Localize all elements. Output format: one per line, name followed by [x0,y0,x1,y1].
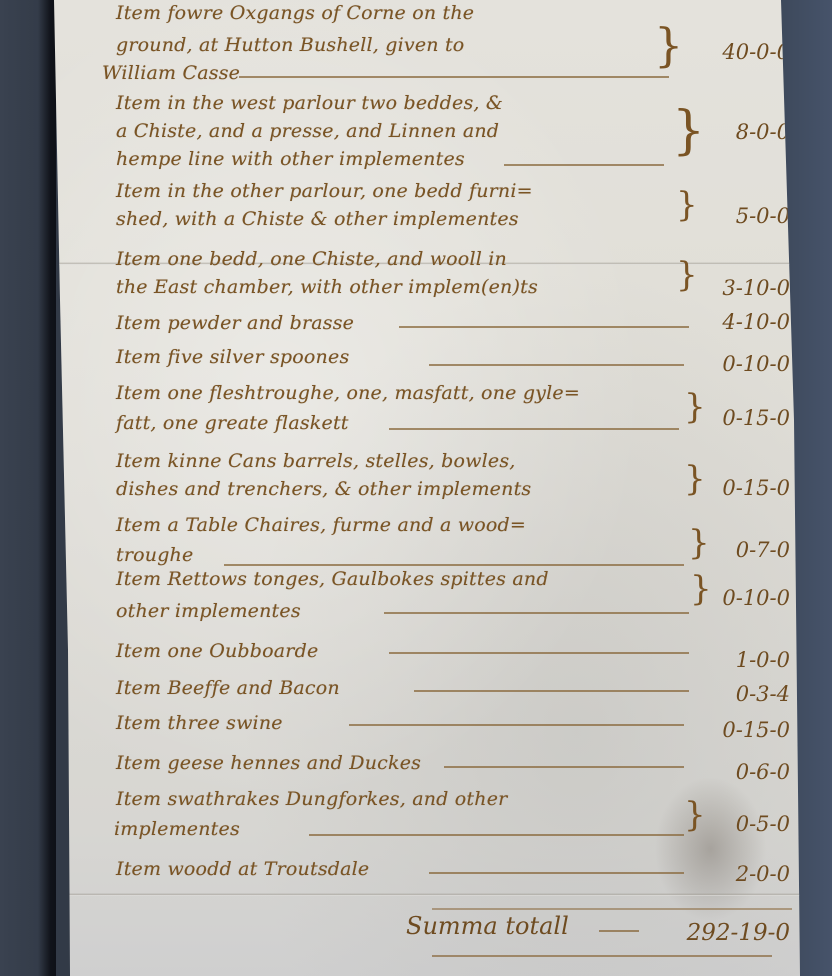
inventory-entries: Item fowre Oxgangs of Corne on the groun… [54,0,800,976]
entry-line: Item in the other parlour, one bedd furn… [116,180,533,202]
entry-line: Item kinne Cans barrels, stelles, bowles… [116,450,516,472]
entry-line: Item one Oubboarde [116,640,318,662]
entry-rule [384,612,689,614]
entry-line: shed, with a Chiste & other implementes [116,208,519,230]
entry-line: Item one bedd, one Chiste, and wooll in [116,248,507,270]
entry-rule [224,564,684,566]
entry-line: Item woodd at Troutsdale [116,858,369,880]
entry-line: Item three swine [116,712,283,734]
entry-rule [504,164,664,166]
entry-line: hempe line with other implementes [116,148,465,170]
brace-icon: } [684,462,706,496]
entry-line: Item fowre Oxgangs of Corne on the [116,2,474,24]
total-dash [599,930,639,932]
parchment-sheet: Item fowre Oxgangs of Corne on the groun… [54,0,800,976]
entry-line: ground, at Hutton Bushell, given to [116,34,464,56]
entry-line: Item a Table Chaires, furme and a wood= [116,514,526,536]
brace-icon: } [690,572,712,606]
brace-icon: } [676,258,698,292]
entry-line: Item Beeffe and Bacon [116,677,340,699]
entry-line: dishes and trenchers, & other implements [116,478,531,500]
entry-amount: 0-15-0 [722,718,790,742]
total-rule-bottom [432,955,772,957]
entry-rule [414,690,689,692]
entry-rule [389,428,679,430]
entry-amount: 0-10-0 [722,586,790,610]
entry-rule [239,76,669,78]
entry-amount: 8-0-0 [736,120,790,144]
entry-line: Item Rettows tonges, Gaulbokes spittes a… [116,568,549,590]
entry-line: William Casse [102,62,240,84]
entry-amount: 0-15-0 [722,406,790,430]
entry-amount: 0-3-4 [736,682,790,706]
entry-line: Item swathrakes Dungforkes, and other [116,788,507,810]
brace-icon: } [672,105,705,157]
brace-icon: } [654,22,683,68]
entry-amount: 2-0-0 [736,862,790,886]
entry-line: Item pewder and brasse [116,312,354,334]
entry-line: fatt, one greate flaskett [116,412,349,434]
entry-rule [429,872,684,874]
page-shadow [38,0,56,976]
entry-amount: 1-0-0 [736,648,790,672]
brace-icon: } [688,526,710,560]
entry-line: Item five silver spoones [116,346,349,368]
total-rule-top [432,908,792,910]
entry-amount: 4-10-0 [722,310,790,334]
brace-icon: } [676,188,698,222]
entry-line: Item one fleshtroughe, one, masfatt, one… [116,382,580,404]
entry-amount: 0-15-0 [722,476,790,500]
entry-rule [444,766,684,768]
brace-icon: } [684,798,706,832]
entry-line: Item geese hennes and Duckes [116,752,421,774]
entry-line: other implementes [116,600,301,622]
entry-rule [349,724,684,726]
entry-line: troughe [116,544,193,566]
entry-amount: 5-0-0 [736,204,790,228]
entry-amount: 0-7-0 [736,538,790,562]
entry-amount: 0-6-0 [736,760,790,784]
entry-rule [399,326,689,328]
brace-icon: } [684,390,706,424]
total-label: Summa totall [406,912,569,940]
entry-rule [309,834,684,836]
entry-line: the East chamber, with other implem(en)t… [116,276,538,298]
total-amount: 292-19-0 [687,920,790,946]
entry-amount: 40-0-0 [722,40,790,64]
entry-line: a Chiste, and a presse, and Linnen and [116,120,499,142]
entry-rule [389,652,689,654]
entry-line: Item in the west parlour two beddes, & [116,92,503,114]
entry-amount: 3-10-0 [722,276,790,300]
entry-amount: 0-10-0 [722,352,790,376]
entry-rule [429,364,684,366]
entry-amount: 0-5-0 [736,812,790,836]
entry-line: implementes [114,818,240,840]
